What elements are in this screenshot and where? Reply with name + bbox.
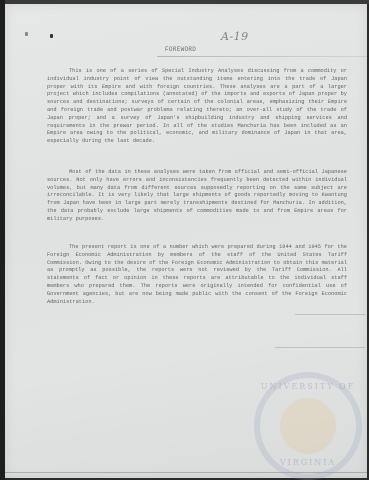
paragraph-1: This is one of a series of Special Indus…: [47, 68, 347, 146]
paper-crease: [295, 314, 365, 315]
paragraph-text: Most of the data in these analyses were …: [47, 169, 347, 224]
punch-mark: [50, 34, 53, 38]
paragraph-text: This is one of a series of Special Indus…: [47, 68, 347, 146]
punch-mark: [25, 32, 28, 36]
seal-top-text: UNIVERSITY OF: [260, 382, 356, 391]
paragraph-2: Most of the data in these analyses were …: [47, 169, 347, 224]
paragraph-text: The present report is one of a number wh…: [47, 244, 347, 306]
handwritten-annotation: A-19: [221, 30, 249, 43]
paper-crease: [275, 347, 365, 348]
page-title: FOREWORD: [165, 46, 196, 53]
seal-bottom-text: VIRGINIA: [260, 458, 356, 467]
document-page: A-19 FOREWORD This is one of a series of…: [5, 4, 367, 478]
university-seal-watermark: UNIVERSITY OF VIRGINIA: [254, 372, 362, 480]
rotunda-icon: [280, 398, 336, 454]
title-underline: [157, 56, 367, 57]
paragraph-3: The present report is one of a number wh…: [47, 244, 347, 306]
